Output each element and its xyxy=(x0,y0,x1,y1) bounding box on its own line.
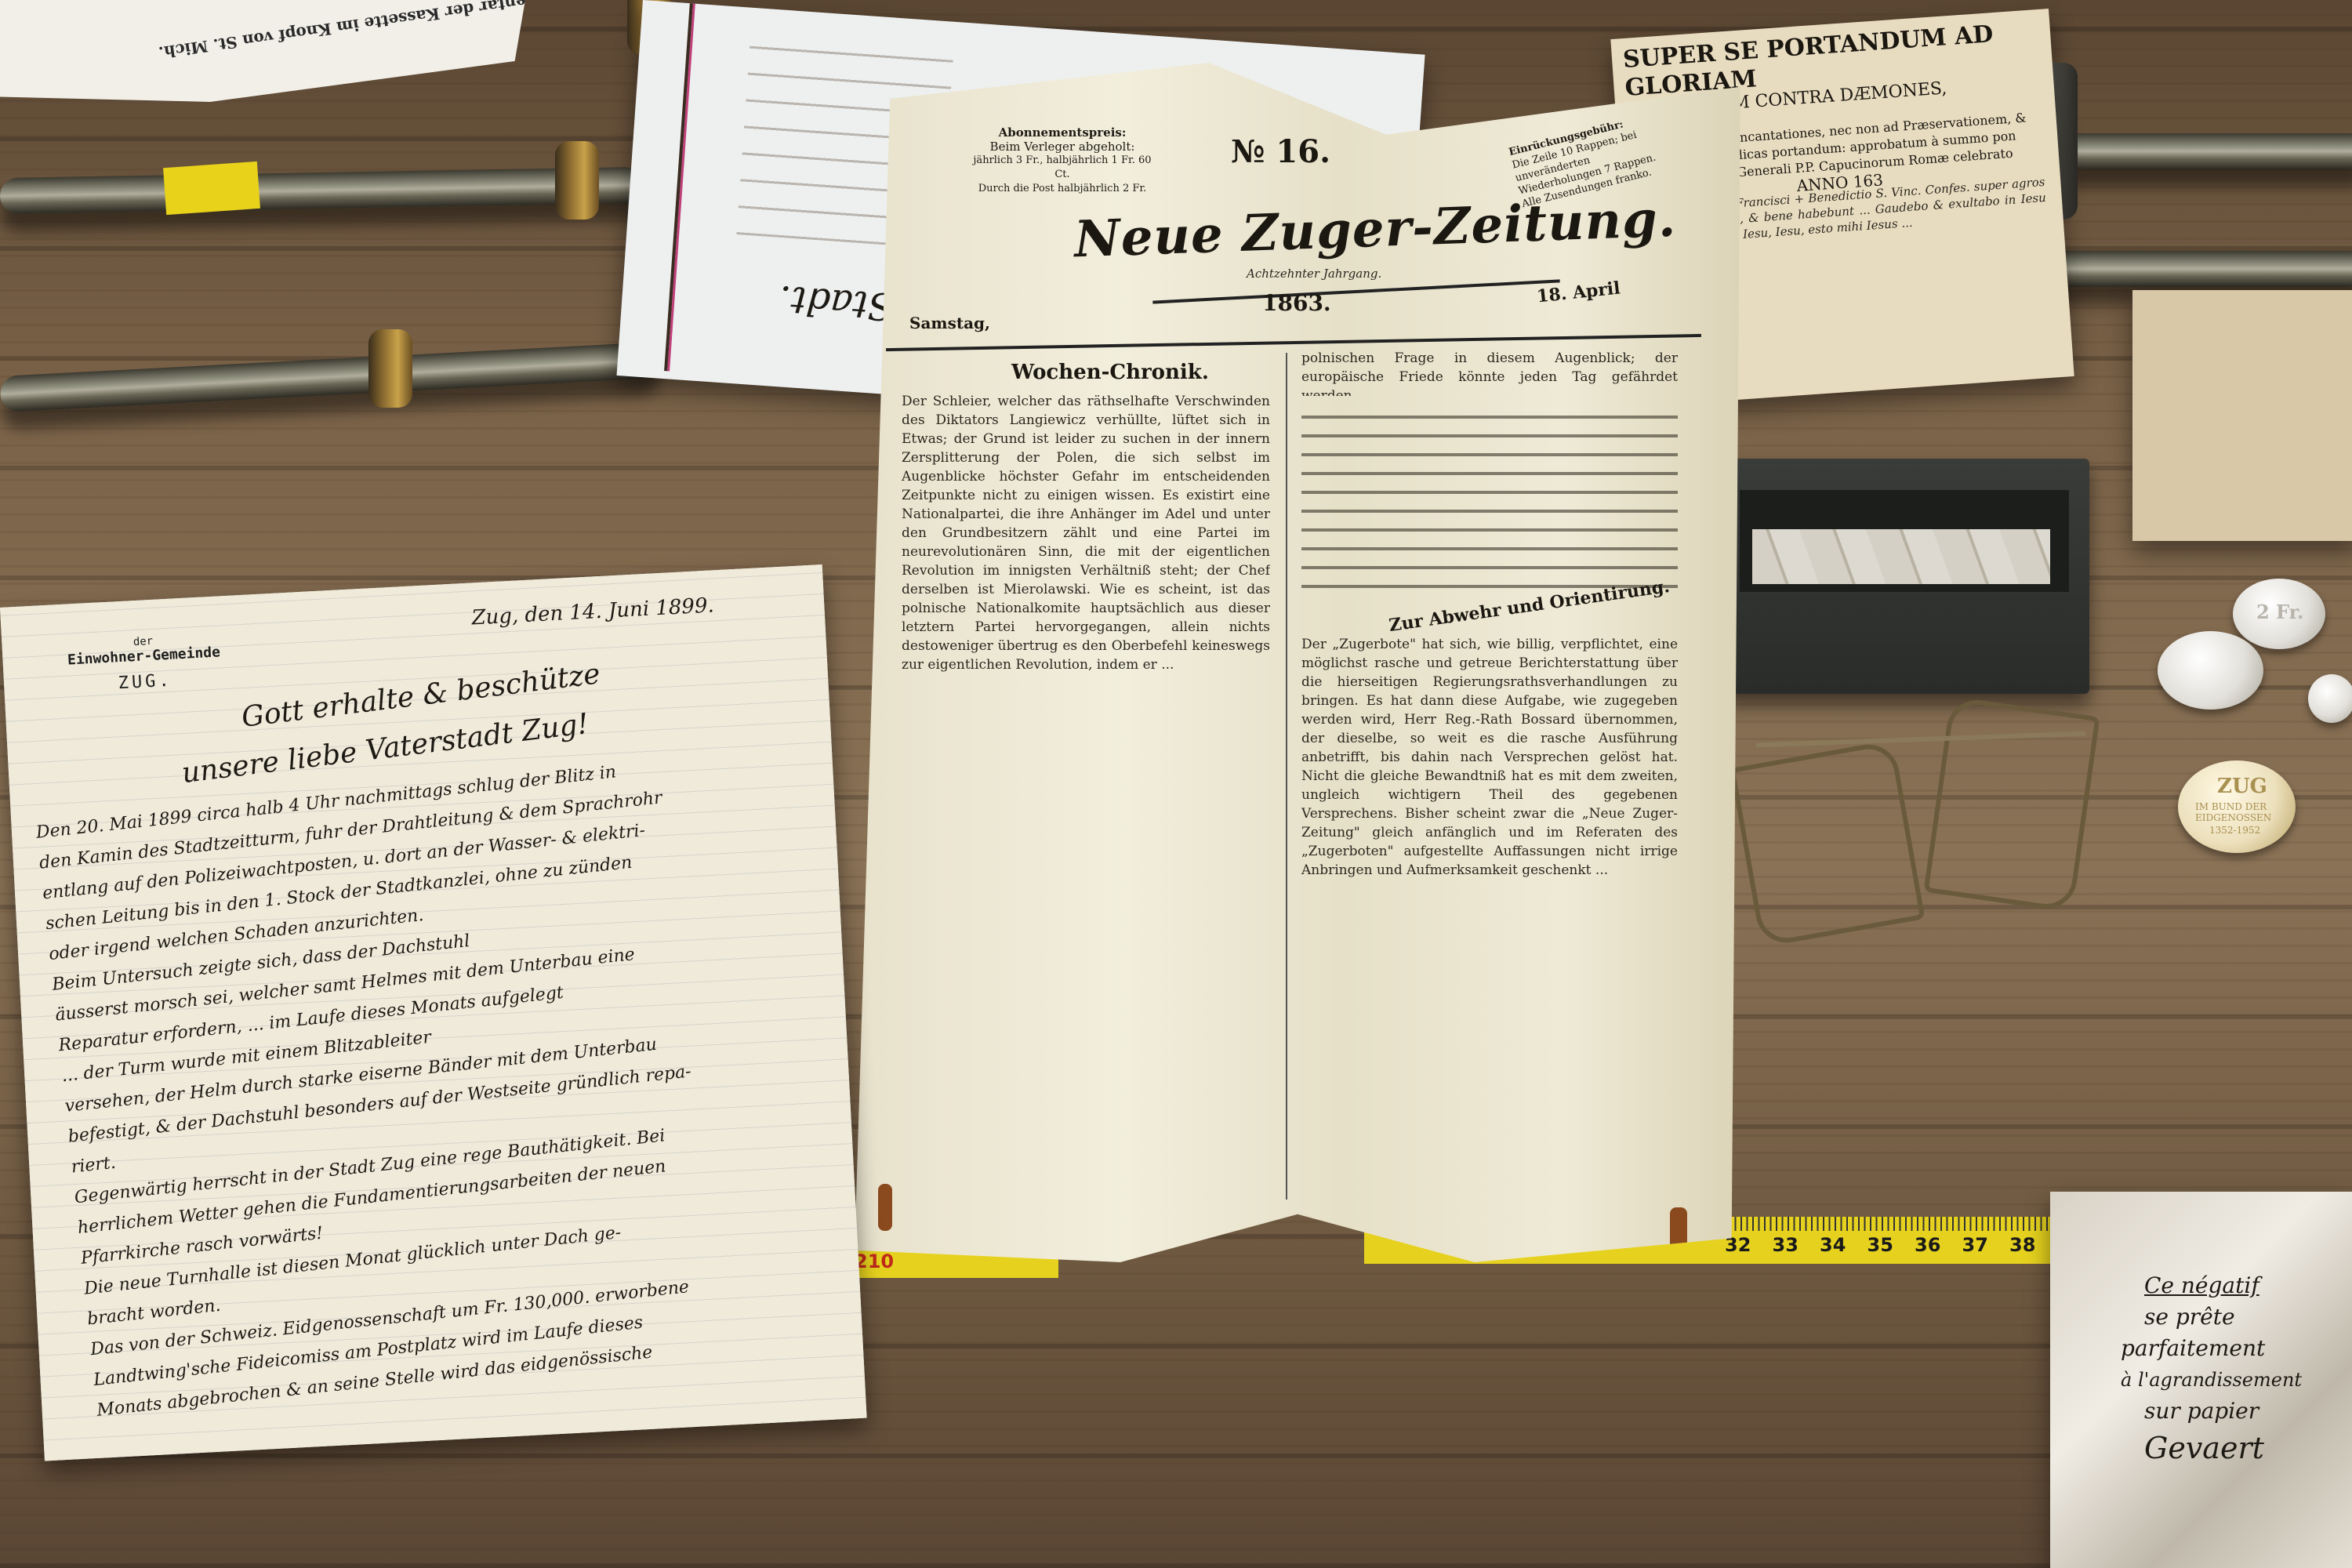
metal-rod-2 xyxy=(0,342,659,412)
masthead-rule xyxy=(1152,279,1559,303)
letter-border-line xyxy=(664,3,695,371)
inventory-paper: Inventar der Kassette im Knopf von St. M… xyxy=(0,0,525,102)
wire-spectacles-right xyxy=(1923,696,2100,913)
metal-rod-3 xyxy=(2038,251,2352,287)
silver-coin-3 xyxy=(2308,674,2352,723)
column-divider xyxy=(1286,353,1287,1200)
dateline: Zug, den 14. Juni 1899. xyxy=(471,593,715,630)
letter-body: Den 20. Mai 1899 circa halb 4 Uhr nachmi… xyxy=(34,736,878,1426)
volume-line: Achtzehnter Jahrgang. xyxy=(1247,267,1381,281)
metal-rod-1 xyxy=(0,167,643,214)
wire-spectacles-left xyxy=(1730,739,1925,947)
handwritten-letter-1899: der Einwohner-Gemeinde ZUG. Zug, den 14.… xyxy=(0,564,867,1461)
metal-rod-4 xyxy=(2038,133,2352,169)
right-column-text: Der „Zugerbote" hat sich, wie billig, ve… xyxy=(1301,635,1678,1200)
rust-stain xyxy=(878,1184,892,1231)
rod-collar-2 xyxy=(368,329,412,408)
paper-folder xyxy=(2132,290,2352,541)
newspaper-neue-zuger-zeitung: Abonnementspreis: Beim Verleger abgeholt… xyxy=(855,63,1740,1262)
silver-coin-1: 2 Fr. xyxy=(2233,579,2325,649)
day: Samstag, xyxy=(909,314,990,332)
year: 1863. xyxy=(1262,290,1331,316)
right-column-top-text: polnischen Frage in diesem Augenblick; d… xyxy=(1301,349,1678,396)
sleeve-text: Ce négatif se prête parfaitement à l'agr… xyxy=(2144,1270,2302,1469)
issue-number: № 16. xyxy=(1231,133,1330,170)
silver-coin-2 xyxy=(2158,631,2263,710)
letterhead: der Einwohner-Gemeinde ZUG. xyxy=(49,630,239,696)
section-wochen-chronik: Wochen-Chronik. xyxy=(1011,361,1209,384)
right-column-faded xyxy=(1301,400,1678,588)
paper-slips xyxy=(1752,529,2050,584)
zug-commemorative-coin: ZUG IM BUND DER EIDGENOSSEN 1352-1952 xyxy=(2178,760,2296,853)
masthead: Neue Zuger-Zeitung. xyxy=(1073,190,1677,270)
inventory-title: Inventar der Kassette im Knopf von St. M… xyxy=(158,0,555,62)
rod-collar-1 xyxy=(555,141,599,220)
left-column-text: Der Schleier, welcher das räthselhafte V… xyxy=(902,392,1270,1176)
yellow-tape-label xyxy=(163,162,260,215)
subscription-box: Abonnementspreis: Beim Verleger abgeholt… xyxy=(972,125,1152,196)
metal-box xyxy=(1721,459,2089,694)
photo-negative-sleeve: Ce négatif se prête parfaitement à l'agr… xyxy=(2050,1192,2352,1568)
